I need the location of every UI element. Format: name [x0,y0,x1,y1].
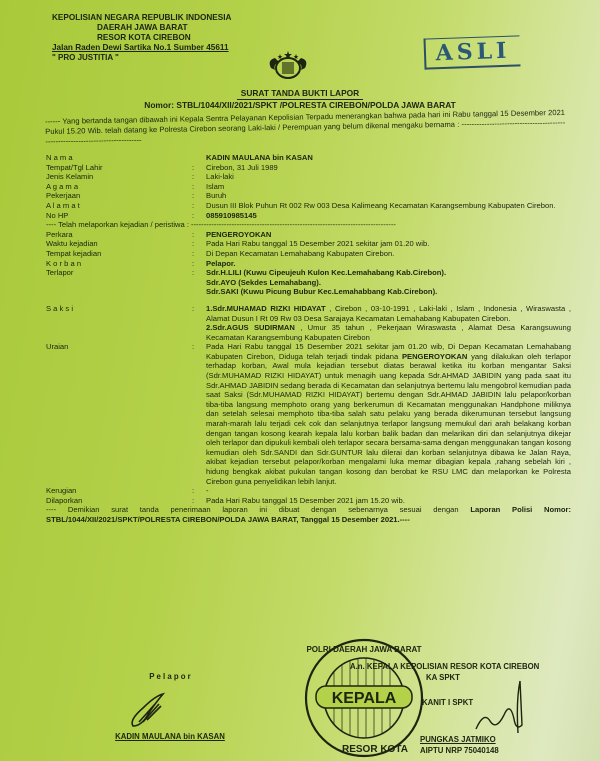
police-emblem-icon [265,50,311,80]
field-religion: A g a m a:Islam [46,182,571,192]
field-ttl: Tempat/Tgl Lahir:Cirebon, 31 Juli 1989 [46,163,571,173]
motto: " PRO JUSTITIA " [52,53,231,63]
original-stamp: ASLI [423,35,520,69]
witness-name: 2.Sdr.AGUS SUDIRMAN [206,323,295,332]
address: Jalan Raden Dewi Sartika No.1 Sumber 456… [52,43,231,53]
field-occupation: Pekerjaan:Buruh [46,191,571,201]
field-loss: Kerugian:- [46,486,571,496]
closing-paragraph: ---- Demikian surat tanda penerimaan lap… [46,505,571,524]
svg-text:POLRI DAERAH JAWA BARAT: POLRI DAERAH JAWA BARAT [306,645,421,654]
title-main: SURAT TANDA BUKTI LAPOR [237,88,363,100]
reported-person: Sdr.AYO (Sekdes Lemahabang). [206,278,571,288]
field-nama: N a m aKADIN MAULANA bin KASAN [46,153,571,163]
document-page: KEPOLISIAN NEGARA REPUBLIK INDONESIA DAE… [0,0,600,761]
institution-name: KEPOLISIAN NEGARA REPUBLIK INDONESIA [52,13,231,23]
reporter-name: KADIN MAULANA bin KASAN [90,732,250,741]
official-signature-icon [470,671,530,741]
field-address: A l a m a t:Dusun III Blok Puhun Rt 002 … [46,201,571,211]
field-description: Uraian: Pada Hari Rabu tanggal 15 Desemb… [46,342,571,486]
field-victim: K o r b a n:Pelapor. [46,259,571,269]
field-place: Tempat kejadian:Di Depan Kecamatan Lemah… [46,249,571,259]
reporter-signature-block: P e l a p o r KADIN MAULANA bin KASAN [90,672,250,681]
field-gender: Jenis Kelamin:Laki-laki [46,172,571,182]
official-signature-block: A.n. KEPALA KEPOLISIAN RESOR KOTA CIREBO… [350,661,590,756]
witness-name: 1.Sdr.MUHAMAD RIZKI HIDAYAT [206,304,326,313]
intro-paragraph: ------ Yang bertanda tangan dibawah ini … [45,108,565,147]
document-title: SURAT TANDA BUKTI LAPOR Nomor: STBL/1044… [0,88,600,111]
letterhead: KEPOLISIAN NEGARA REPUBLIK INDONESIA DAE… [52,13,231,63]
field-reported: Terlapor: Sdr.H.LILI (Kuwu Cipeujeuh Kul… [46,268,571,297]
reporter-role: P e l a p o r [90,672,250,681]
reported-person: Sdr.SAKI (Kuwu Picung Bubur Kec.Lemahabb… [206,287,571,297]
resort-name: RESOR KOTA CIREBON [52,33,231,43]
report-fields: N a m aKADIN MAULANA bin KASAN Tempat/Tg… [46,153,571,525]
field-time: Waktu kejadian:Pada Hari Rabu tanggal 15… [46,239,571,249]
field-reported-at: Dilaporkan:Pada Hari Rabu tanggal 15 Des… [46,496,571,506]
reported-person: Sdr.H.LILI (Kuwu Cipeujeuh Kulon Kec.Lem… [206,268,571,278]
official-rank: AIPTU NRP 75040148 [350,745,590,756]
signature-icon [125,692,185,732]
field-case: Perkara:PENGEROYOKAN [46,230,571,240]
region-name: DAERAH JAWA BARAT [52,23,231,33]
title-number: Nomor: STBL/1044/XII/2021/SPKT /POLRESTA… [144,100,455,110]
field-witness: S a k s i: 1.Sdr.MUHAMAD RIZKI HIDAYAT ,… [46,304,571,342]
report-intro: ---- Telah melaporkan kejadian / peristi… [46,220,571,230]
field-phone: No HP:085910985145 [46,211,571,221]
